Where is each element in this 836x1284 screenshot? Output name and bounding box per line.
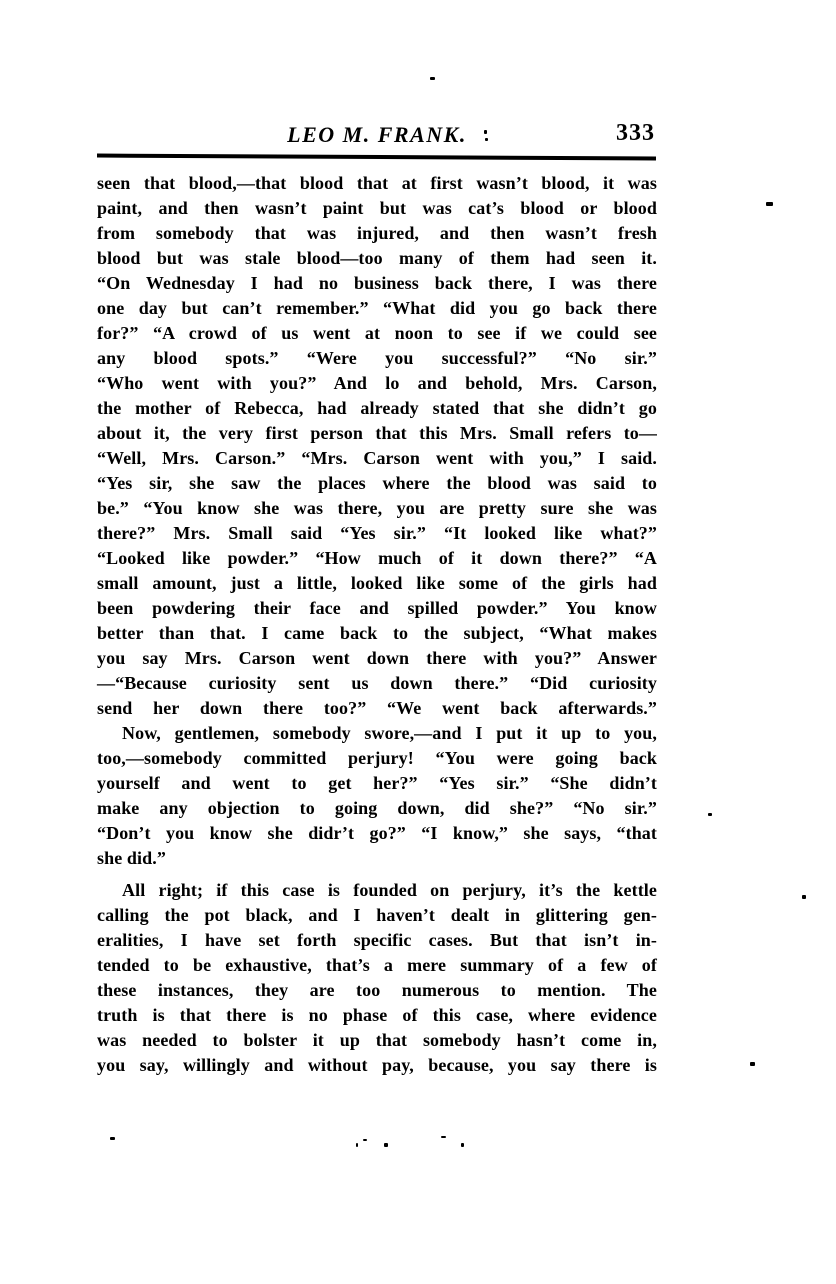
scan-speck [441,1136,446,1138]
text-line: “Who went with you?” And lo and behold, … [97,371,657,396]
text-line: one day but can’t remember.” “What did y… [97,296,657,321]
text-line: “Looked like powder.” “How much of it do… [97,546,657,571]
text-line: been powdering their face and spilled po… [97,596,657,621]
text-line: she did.” [97,846,657,871]
text-line: eralities, I have set forth specific cas… [97,928,657,953]
text-line: these instances, they are too numerous t… [97,978,657,1003]
paragraph-3: All right; if this case is founded on pe… [97,878,657,1078]
paragraph-1: seen that blood,—that blood that at firs… [97,171,657,721]
text-line: small amount, just a little, looked like… [97,571,657,596]
text-line: “Don’t you know she didr’t go?” “I know,… [97,821,657,846]
text-line: paint, and then wasn’t paint but was cat… [97,196,657,221]
text-line: blood but was stale blood—too many of th… [97,246,657,271]
text-line: any blood spots.” “Were you successful?”… [97,346,657,371]
text-line: better than that. I came back to the sub… [97,621,657,646]
scan-speck [802,895,806,899]
book-page: LEO M. FRANK. 333 seen that blood,—that … [0,0,836,1284]
text-line: seen that blood,—that blood that at firs… [97,171,657,196]
scan-speck [356,1143,358,1147]
text-line: for?” “A crowd of us went at noon to see… [97,321,657,346]
scan-speck [750,1062,755,1066]
running-title: LEO M. FRANK. [97,122,657,148]
page-number: 333 [616,120,655,147]
text-line: send her down there too?” “We went back … [97,696,657,721]
scan-speck [363,1139,367,1141]
scan-speck [384,1143,388,1147]
text-line: “Well, Mrs. Carson.” “Mrs. Carson went w… [97,446,657,471]
text-line: All right; if this case is founded on pe… [97,878,657,903]
scan-speck [430,77,435,80]
text-line: —“Because curiosity sent us down there.”… [97,671,657,696]
text-line: about it, the very first person that thi… [97,421,657,446]
text-line: be.” “You know she was there, you are pr… [97,496,657,521]
text-line: calling the pot black, and I haven’t dea… [97,903,657,928]
text-line: there?” Mrs. Small said “Yes sir.” “It l… [97,521,657,546]
page-body: seen that blood,—that blood that at firs… [97,171,657,1078]
text-line: the mother of Rebecca, had already state… [97,396,657,421]
scan-speck [766,202,773,206]
text-line: you say Mrs. Carson went down there with… [97,646,657,671]
text-line: “Yes sir, she saw the places where the b… [97,471,657,496]
text-line: too,—somebody committed perjury! “You we… [97,746,657,771]
text-line: Now, gentlemen, somebody swore,—and I pu… [97,721,657,746]
text-line: was needed to bolster it up that somebod… [97,1028,657,1053]
text-line: make any objection to going down, did sh… [97,796,657,821]
text-line: from somebody that was injured, and then… [97,221,657,246]
header-rule [97,154,656,161]
text-line: you say, willingly and without pay, beca… [97,1053,657,1078]
scan-speck [484,130,487,134]
text-line: yourself and went to get her?” “Yes sir.… [97,771,657,796]
page-header: LEO M. FRANK. 333 [97,120,657,154]
text-line: tended to be exhaustive, that’s a mere s… [97,953,657,978]
scan-speck [461,1143,464,1147]
paragraph-2: Now, gentlemen, somebody swore,—and I pu… [97,721,657,871]
text-line: “On Wednesday I had no business back the… [97,271,657,296]
scan-speck [708,813,712,816]
scan-speck [485,138,488,141]
scan-speck [110,1137,115,1140]
text-line: truth is that there is no phase of this … [97,1003,657,1028]
